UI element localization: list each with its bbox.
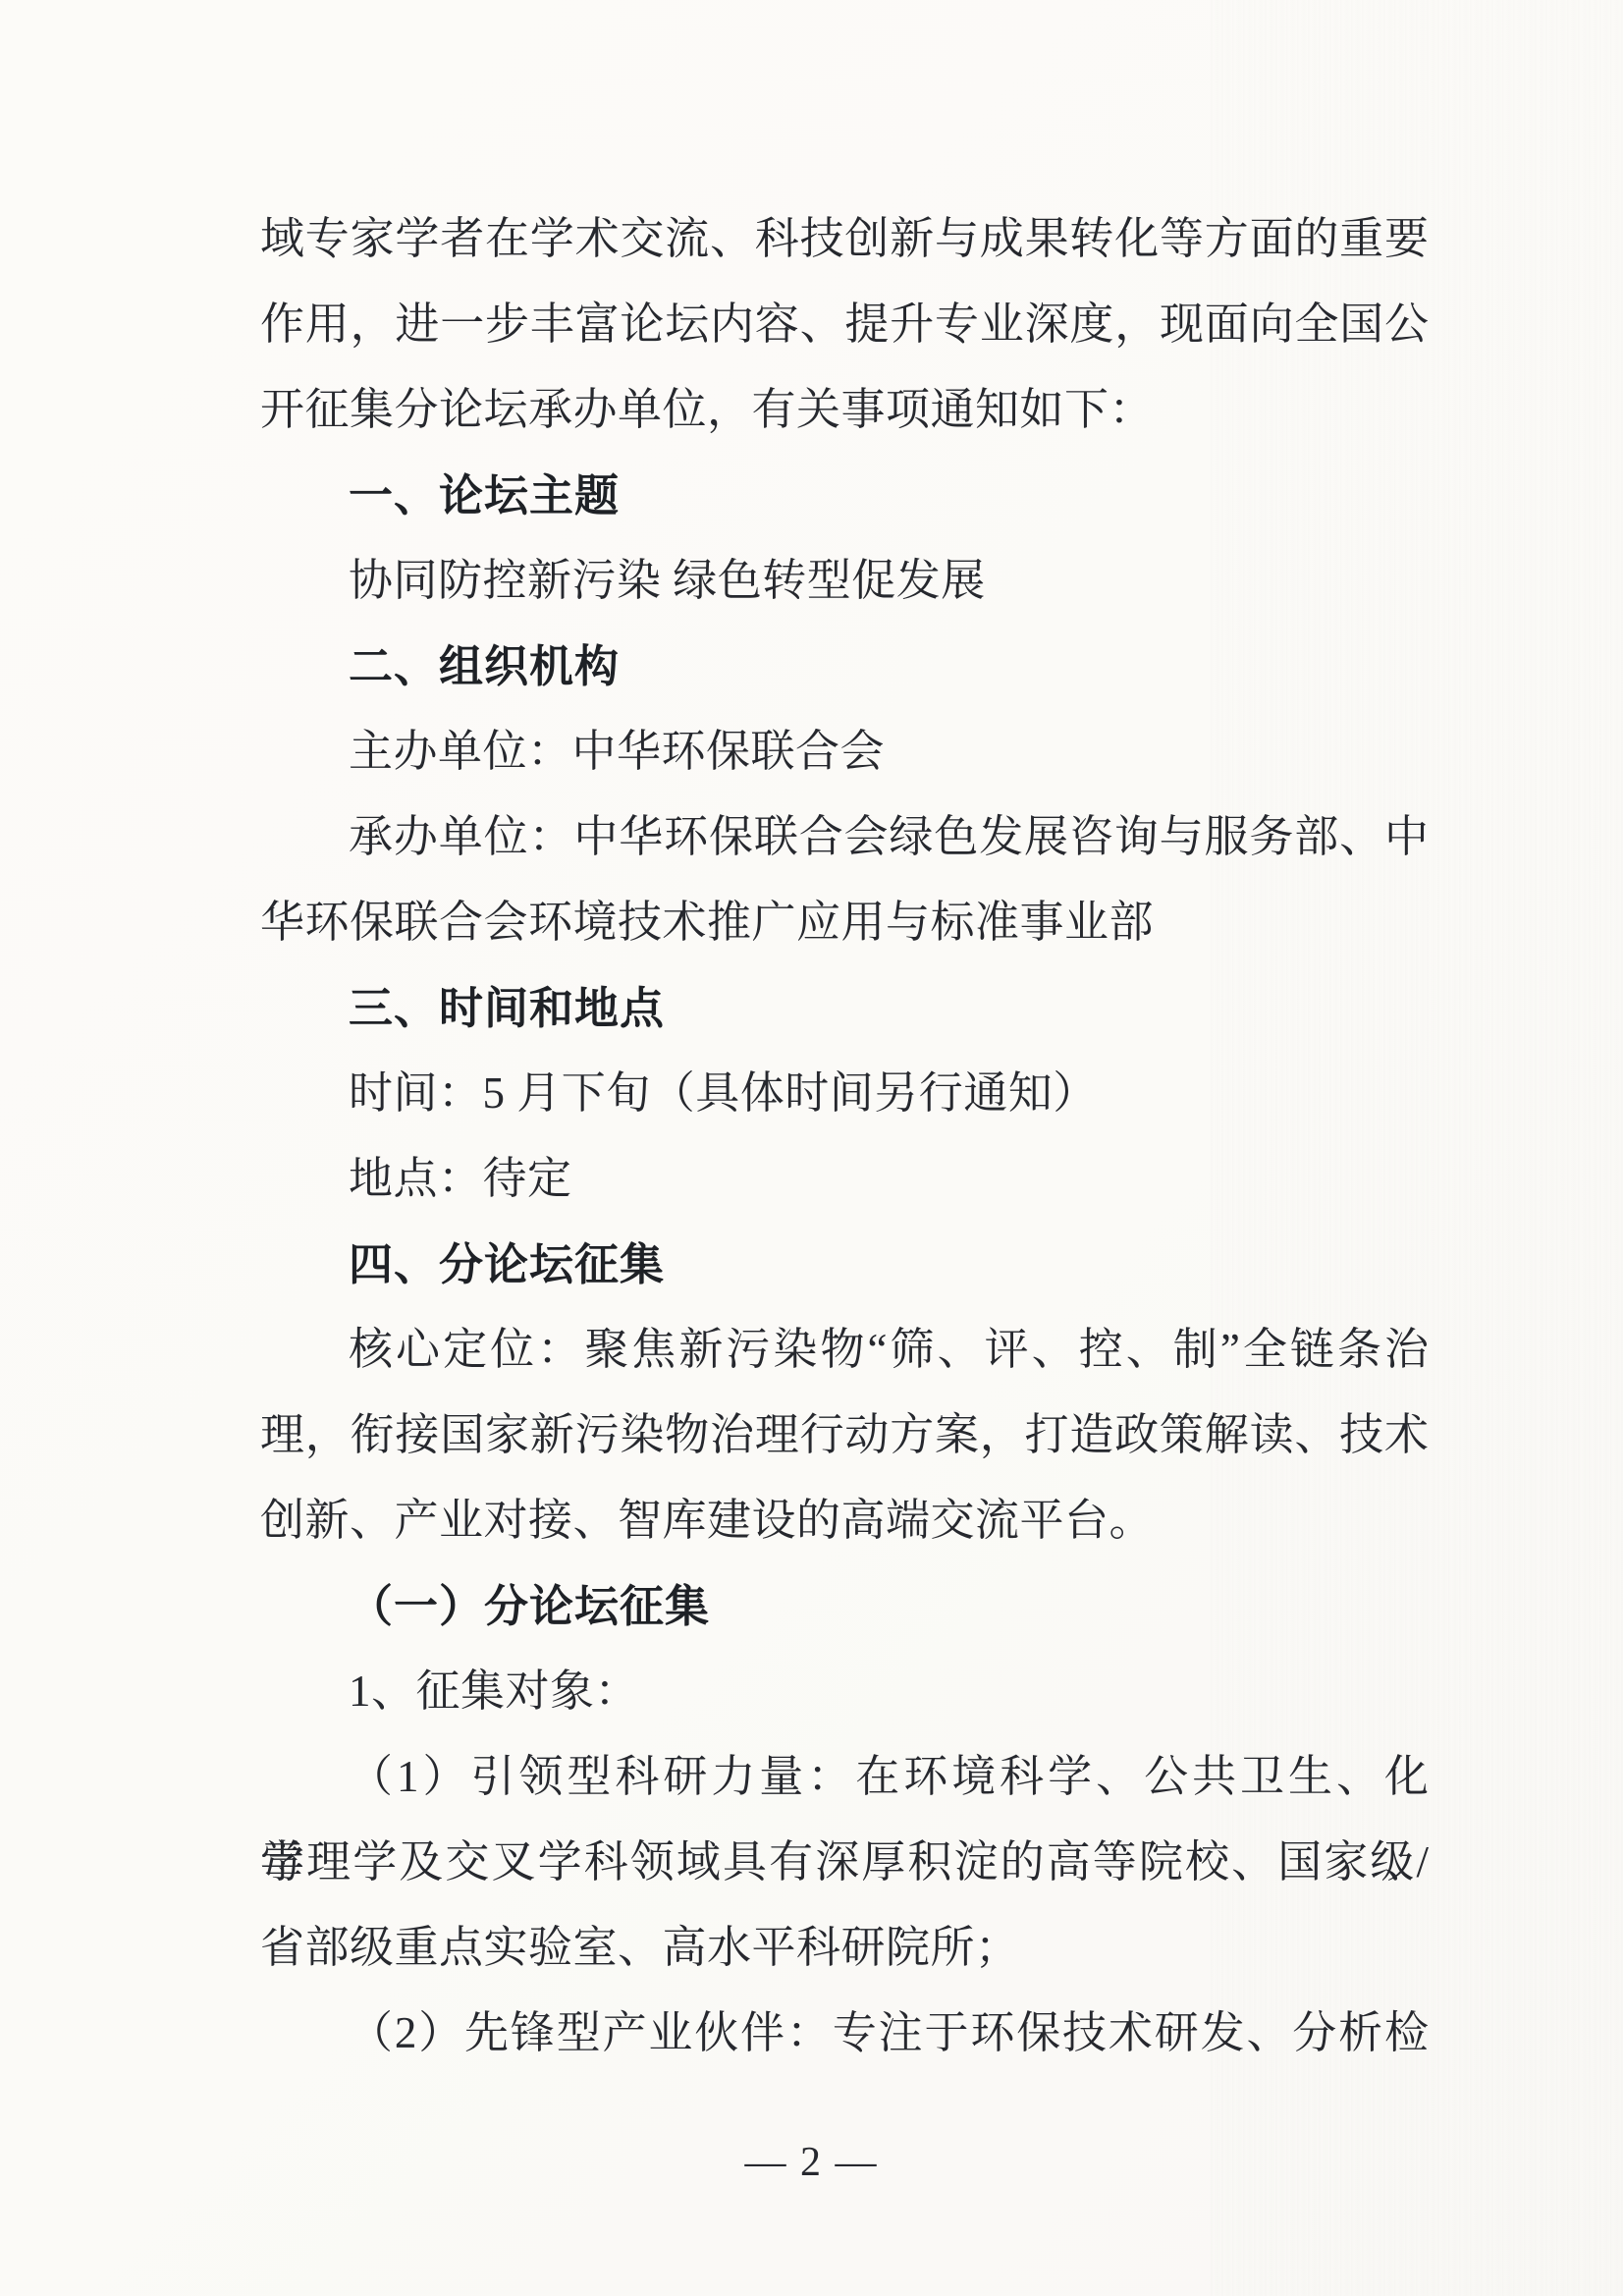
section-heading-organization: 二、组织机构 (260, 624, 1429, 709)
document-line: 开征集分论坛承办单位，有关事项通知如下： (260, 367, 1429, 453)
section-heading-time-place: 三、时间和地点 (260, 965, 1429, 1051)
document-line: （2）先锋型产业伙伴：专注于环保技术研发、分析检 (260, 1991, 1429, 2076)
section-heading-subforum-collection: 四、分论坛征集 (260, 1222, 1429, 1307)
document-line: 协同防控新污染 绿色转型促发展 (260, 538, 1429, 624)
document-line: 主办单位：中华环保联合会 (260, 709, 1429, 794)
document-line: 域专家学者在学术交流、科技创新与成果转化等方面的重要 (260, 196, 1429, 282)
document-line: 理，衔接国家新污染物治理行动方案，打造政策解读、技术 (260, 1393, 1429, 1478)
subsection-heading-subforum-collection: （一）分论坛征集 (260, 1563, 1429, 1649)
document-line: 时间：5 月下旬（具体时间另行通知） (260, 1051, 1429, 1136)
document-line: 承办单位：中华环保联合会绿色发展咨询与服务部、中 (260, 794, 1429, 880)
document-line: 华环保联合会环境技术推广应用与标准事业部 (260, 880, 1429, 965)
document-line: 1、征集对象： (260, 1649, 1429, 1734)
section-heading-forum-theme: 一、论坛主题 (260, 453, 1429, 538)
document-line: 毒理学及交叉学科领域具有深厚积淀的高等院校、国家级/ (260, 1820, 1429, 1905)
document-line: 作用，进一步丰富论坛内容、提升专业深度，现面向全国公 (260, 282, 1429, 367)
document-line: （1）引领型科研力量：在环境科学、公共卫生、化学、 (260, 1734, 1429, 1820)
document-line: 地点：待定 (260, 1136, 1429, 1222)
document-line: 核心定位：聚焦新污染物“筛、评、控、制”全链条治 (260, 1307, 1429, 1393)
scanned-document-page: 域专家学者在学术交流、科技创新与成果转化等方面的重要 作用，进一步丰富论坛内容、… (0, 0, 1623, 2296)
document-line: 省部级重点实验室、高水平科研院所； (260, 1905, 1429, 1991)
document-body: 域专家学者在学术交流、科技创新与成果转化等方面的重要 作用，进一步丰富论坛内容、… (260, 196, 1429, 2076)
page-number: — 2 — (0, 2133, 1623, 2192)
document-line: 创新、产业对接、智库建设的高端交流平台。 (260, 1478, 1429, 1563)
